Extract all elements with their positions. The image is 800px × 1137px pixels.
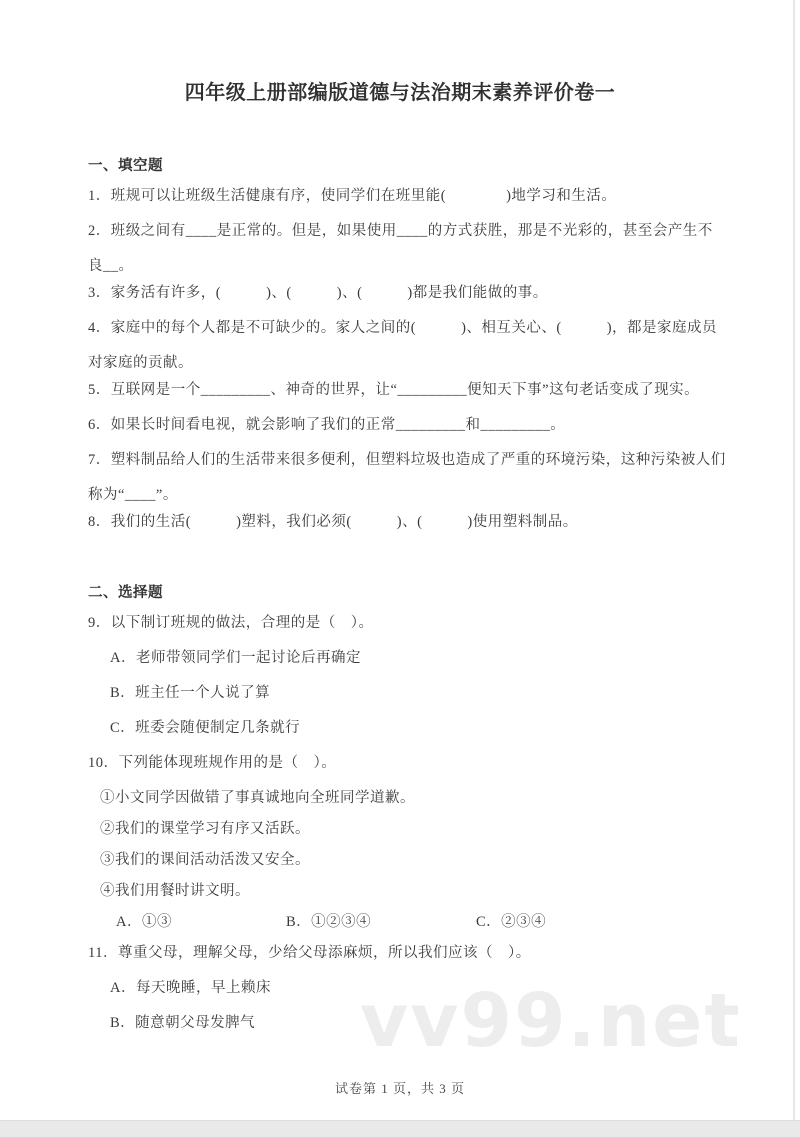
exam-body: 一、填空题1．班规可以让班级生活健康有序，使同学们在班里能( )地学习和生活。2… [88, 158, 748, 1050]
page-separator [0, 1120, 800, 1137]
section-heading: 二、选择题 [88, 585, 748, 615]
exam-paper-page: 四年级上册部编版道德与法治期末素养评价卷一 一、填空题1．班规可以让班级生活健康… [0, 0, 800, 1137]
choice-option-line: A．老师带领同学们一起讨论后再确定 [88, 650, 748, 685]
page-right-edge [793, 0, 795, 1137]
page-title: 四年级上册部编版道德与法治期末素养评价卷一 [0, 76, 800, 105]
choice-option-line: B．班主任一个人说了算 [88, 685, 748, 720]
answer-choice: C．②③④ [476, 914, 546, 931]
numbered-statement-line: ③我们的课间活动活泼又安全。 [88, 852, 748, 883]
answer-choice: B．①②③④ [286, 914, 371, 931]
choice-option-line: B．随意朝父母发脾气 [88, 1015, 748, 1050]
question-line: 6．如果长时间看电视，就会影响了我们的正常_________和_________… [88, 417, 748, 452]
numbered-statement-line: ④我们用餐时讲文明。 [88, 883, 748, 914]
question-line: 7．塑料制品给人们的生活带来很多便利，但塑料垃圾也造成了严重的环境污染，这种污染… [88, 452, 748, 487]
question-line: 5．互联网是一个_________、神奇的世界，让“_________便知天下事… [88, 382, 748, 417]
question-line: 1．班规可以让班级生活健康有序，使同学们在班里能( )地学习和生活。 [88, 188, 748, 223]
numbered-statement-line: ②我们的课堂学习有序又活跃。 [88, 821, 748, 852]
question-line: 10．下列能体现班规作用的是（ ）。 [88, 755, 748, 790]
question-line: 9．以下制订班规的做法，合理的是（ ）。 [88, 615, 748, 650]
choice-option-line: C．班委会随便制定几条就行 [88, 720, 748, 755]
question-continuation-line: 称为“____”。 [88, 487, 748, 514]
question-line: 8．我们的生活( )塑料，我们必须( )、( )使用塑料制品。 [88, 514, 748, 549]
question-line: 2．班级之间有____是正常的。但是，如果使用____的方式获胜，那是不光彩的，… [88, 223, 748, 258]
question-continuation-line: 对家庭的贡献。 [88, 355, 748, 382]
section-heading: 一、填空题 [88, 158, 748, 188]
question-line: 4．家庭中的每个人都是不可缺少的。家人之间的( )、相互关心、( )，都是家庭成… [88, 320, 748, 355]
numbered-statement-line: ①小文同学因做错了事真诚地向全班同学道歉。 [88, 790, 748, 821]
question-line: 11．尊重父母，理解父母，少给父母添麻烦，所以我们应该（ ）。 [88, 945, 748, 980]
answer-choices-row: A．①③B．①②③④C．②③④ [88, 914, 748, 945]
question-continuation-line: 良__。 [88, 258, 748, 285]
page-number-footer: 试卷第 1 页，共 3 页 [0, 1078, 800, 1097]
question-line: 3．家务活有许多，( )、( )、( )都是我们能做的事。 [88, 285, 748, 320]
answer-choice: A．①③ [116, 914, 172, 931]
choice-option-line: A．每天晚睡，早上赖床 [88, 980, 748, 1015]
